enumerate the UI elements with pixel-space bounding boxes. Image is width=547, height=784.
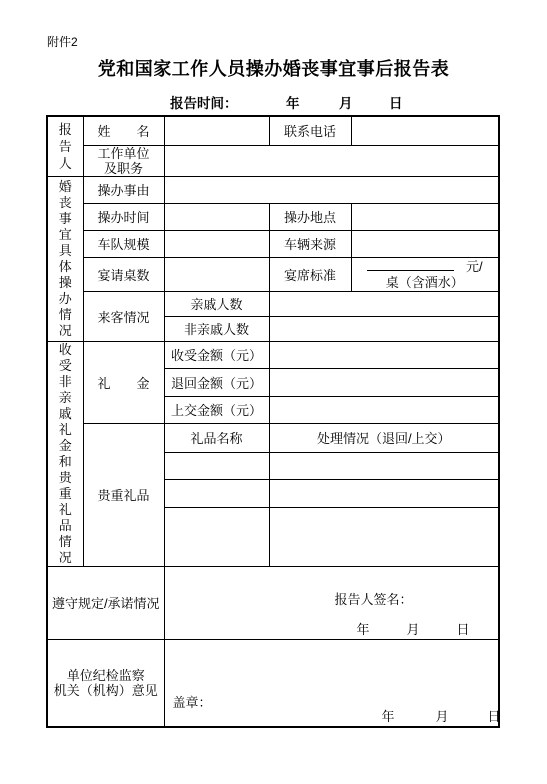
gift-name-cell-1[interactable] — [164, 452, 269, 479]
reason-label: 操办事由 — [83, 176, 164, 203]
vehicle-source-value-cell[interactable] — [351, 230, 499, 257]
received-amount-value-cell[interactable] — [269, 341, 499, 368]
handling-cell-2[interactable] — [269, 479, 499, 507]
reporter-group-label: 报告人 — [58, 121, 72, 172]
report-time-year-label: 年 — [286, 92, 300, 112]
signature-label: 报告人签名： — [335, 589, 413, 608]
signature-day-label: 日 — [457, 619, 470, 638]
handling-header: 处理情况（退回/上交） — [269, 423, 499, 452]
relatives-label: 亲戚人数 — [164, 291, 269, 316]
reason-value-cell[interactable] — [164, 176, 499, 203]
name-value-cell[interactable] — [164, 116, 269, 145]
relatives-value-cell[interactable] — [269, 291, 499, 316]
seal-month-label: 月 — [436, 706, 449, 725]
standard-label: 宴席标准 — [269, 257, 351, 291]
handling-cell-3[interactable] — [269, 507, 499, 566]
event-group-cell: 婚丧事宜具体操办情况 — [47, 176, 83, 341]
handling-cell-1[interactable] — [269, 452, 499, 479]
fill-blank-line — [367, 258, 454, 271]
standard-value-cell[interactable]: 元/ 桌（含酒水） — [351, 257, 499, 291]
report-form-table: 报告人 姓 名 联系电话 工作单位 及职务 婚丧事宜具体操办情况 操办事由 操办… — [46, 115, 500, 728]
returned-amount-label: 退回金额（元） — [164, 368, 269, 396]
report-time-line: 报告时间： 年 月 日 — [0, 92, 547, 112]
reporter-group-cell: 报告人 — [47, 116, 83, 176]
phone-label: 联系电话 — [269, 116, 351, 145]
non-relatives-label: 非亲戚人数 — [164, 316, 269, 341]
handed-amount-value-cell[interactable] — [269, 396, 499, 423]
returned-amount-value-cell[interactable] — [269, 368, 499, 396]
unit-per-table: 元/ — [466, 259, 483, 274]
name-label: 姓 名 — [83, 116, 164, 145]
report-time-label: 报告时间： — [170, 92, 238, 112]
work-unit-value-cell[interactable] — [164, 145, 499, 176]
received-amount-label: 收受金额（元） — [164, 341, 269, 368]
opinion-value-cell[interactable]: 盖章： 年 月 日 — [164, 639, 499, 727]
gift-name-cell-2[interactable] — [164, 479, 269, 507]
signature-year-label: 年 — [357, 619, 370, 638]
place-label: 操办地点 — [269, 203, 351, 230]
money-group-label: 礼 金 — [83, 341, 164, 423]
seal-day-label: 日 — [488, 706, 500, 725]
time-value-cell[interactable] — [164, 203, 269, 230]
event-group-label: 婚丧事宜具体操办情况 — [58, 179, 72, 339]
tables-value-cell[interactable] — [164, 257, 269, 291]
gifts-group-label: 收受非亲戚礼金和贵重礼品情况 — [58, 342, 72, 566]
report-time-day-label: 日 — [389, 92, 403, 112]
gifts-group-cell: 收受非亲戚礼金和贵重礼品情况 — [47, 341, 83, 566]
place-value-cell[interactable] — [351, 203, 499, 230]
seal-year-label: 年 — [382, 706, 395, 725]
guests-group-label: 来客情况 — [83, 291, 164, 341]
compliance-label: 遵守规定/承诺情况 — [47, 566, 164, 639]
compliance-value-cell[interactable]: 报告人签名： 年 月 日 — [164, 566, 499, 639]
tables-label: 宴请桌数 — [83, 257, 164, 291]
non-relatives-value-cell[interactable] — [269, 316, 499, 341]
fleet-label: 车队规模 — [83, 230, 164, 257]
handed-amount-label: 上交金额（元） — [164, 396, 269, 423]
phone-value-cell[interactable] — [351, 116, 499, 145]
page-title: 党和国家工作人员操办婚丧事宜事后报告表 — [0, 55, 547, 81]
form-page: 附件2 党和国家工作人员操办婚丧事宜事后报告表 报告时间： 年 月 日 报告人 … — [0, 0, 547, 784]
opinion-label: 单位纪检监察 机关（机构）意见 — [47, 639, 164, 727]
fleet-value-cell[interactable] — [164, 230, 269, 257]
attachment-label: 附件2 — [47, 33, 78, 50]
gift-name-cell-3[interactable] — [164, 507, 269, 566]
vehicle-source-label: 车辆来源 — [269, 230, 351, 257]
gift-name-header: 礼品名称 — [164, 423, 269, 452]
unit-note: 桌（含酒水） — [352, 275, 499, 291]
seal-label: 盖章： — [173, 692, 212, 711]
signature-month-label: 月 — [407, 619, 420, 638]
valuable-gifts-label: 贵重礼品 — [83, 423, 164, 566]
report-time-month-label: 月 — [339, 92, 353, 112]
time-label: 操办时间 — [83, 203, 164, 230]
work-unit-label: 工作单位 及职务 — [83, 145, 164, 176]
